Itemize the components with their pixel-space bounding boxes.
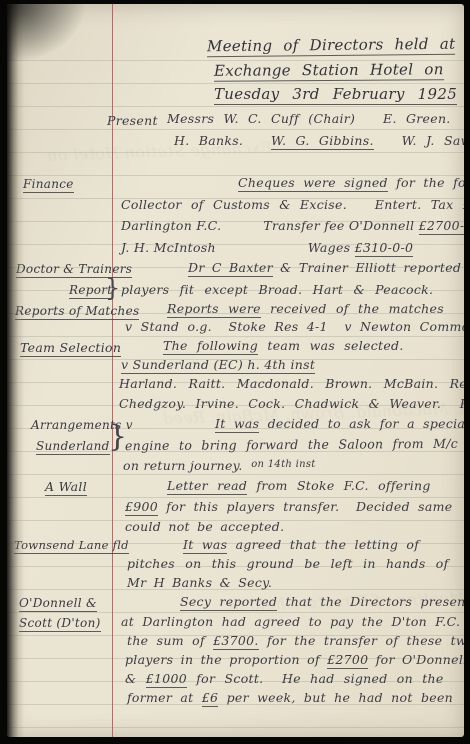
minute-text-small: on 14th inst [251, 459, 315, 470]
page-title: Meeting of Directors held at [207, 37, 456, 55]
minute-line: £900 for this players transfer. Decided … [125, 501, 453, 514]
margin-heading-odonnell-2: Scott (D'ton) [19, 616, 101, 632]
minute-line: Dr C Baxter & Trainer Elliott reported a… [188, 262, 464, 275]
minute-text: Transfer fee O'Donnell [263, 218, 418, 233]
minute-text: per week, but he had not been [218, 690, 453, 705]
minute-text: the sum of [127, 633, 213, 648]
minute-line: It was agreed that the letting of [183, 539, 419, 552]
minute-text: Wages [308, 240, 355, 255]
minute-line: Secy reported that the Directors present [180, 596, 464, 609]
minute-text: from Stoke F.C. offering [247, 478, 430, 493]
minute-text: Reports were [167, 301, 261, 318]
team-list-line: Chedgzoy. Irvine. Cock. Chadwick & Weave… [119, 398, 464, 411]
page-title: Tuesday 3rd February 1925 [214, 87, 457, 102]
present-names-2: H. Banks. W. G. Gibbins. W. J. Sawyer & … [174, 135, 464, 148]
minute-text: for O'Donnell [368, 652, 464, 667]
title-line-2: Exchange Station Hotel on [214, 60, 444, 82]
amount: £1000 [146, 671, 187, 688]
present-name: W. G. Gibbins. [271, 133, 374, 150]
title-line-1: Meeting of Directors held at [207, 35, 456, 58]
amount: £2700-0-0 [419, 218, 464, 235]
minute-line: J. H. McIntoshWages £310-0-0 [121, 242, 413, 255]
minute-text: It was [183, 537, 227, 554]
brace-mark: } [105, 276, 121, 300]
minute-line: v Sunderland (EC) h. 4th inst [121, 359, 315, 372]
minute-line: It was decided to ask for a special [215, 418, 464, 431]
minute-text: Secy reported [180, 594, 277, 611]
fixture: v Sunderland (EC) h. 4th inst [121, 357, 315, 374]
margin-heading-matches: Reports of Matches [15, 304, 139, 320]
photo-background: Exchange Station Hotel on Harland. Raitt… [0, 0, 470, 744]
minute-text: & [125, 671, 146, 686]
present-label: Present [107, 115, 158, 128]
page-title: Exchange Station Hotel on [214, 62, 444, 79]
minute-line: v Stand o.g. Stoke Res 4-1 v Newton Comm… [125, 321, 464, 334]
amount: £310-0-0 [355, 240, 414, 257]
amount: £900 [125, 499, 158, 516]
binding-edge [7, 4, 24, 737]
minute-text: for the following [388, 175, 464, 190]
margin-heading-townsend: Townsend Lane fld [14, 538, 129, 554]
minute-text: on return journey. [123, 458, 251, 473]
minute-line: Cheques were signed for the following [238, 177, 464, 190]
margin-heading-team: Team Selection [20, 340, 121, 357]
minute-text: for Scott. He had signed on the [187, 671, 444, 686]
minute-line: & £1000 for Scott. He had signed on the [125, 673, 444, 686]
minute-line: at Darlington had agreed to pay the D'to… [121, 616, 460, 629]
present-name: W. J. Sawyer & A. R. Wade [374, 133, 464, 148]
minute-text: agreed that the letting of [227, 537, 419, 552]
minute-line: Collector of Customs & Excise. Entert. T… [121, 199, 464, 212]
minute-line: engine to bring forward the Saloon from … [125, 438, 458, 453]
minute-line: players in the proportion of £2700 for O… [125, 654, 464, 667]
minute-line: Reports were received of the matches [167, 303, 444, 316]
ledger-page: Exchange Station Hotel on Harland. Raitt… [7, 4, 464, 737]
margin-heading-odonnell: O'Donnell & [19, 596, 97, 612]
minute-line: on return journey. on 14th inst [123, 460, 316, 473]
margin-heading-wall: A Wall [45, 479, 87, 496]
minute-text: Dr C Baxter [188, 260, 273, 277]
minute-line: could not be accepted. [125, 521, 284, 534]
minute-text: team was selected. [258, 338, 404, 353]
minute-text: for this players transfer. Decided same [158, 499, 452, 514]
minute-text: players in the proportion of [125, 652, 327, 667]
margin-heading-arrangements-2: Sunderland [36, 439, 110, 455]
minute-text: Cheques were signed [238, 175, 388, 192]
minute-text: & Trainer Elliott reported all [273, 260, 464, 275]
amount: £3700. [213, 633, 259, 650]
minute-line: former at £6 per week, but he had not be… [127, 692, 453, 705]
minute-line: The following team was selected. [163, 340, 404, 353]
minute-line: pitches on this ground be left in hands … [127, 558, 449, 571]
minute-text: Darlington F.C. [121, 218, 221, 233]
team-list-line: Harland. Raitt. Macdonald. Brown. McBain… [119, 378, 464, 391]
present-names-1: Messrs W. C. Cuff (Chair) E. Green. Dr. … [167, 113, 464, 126]
minute-line: Mr H Banks & Secy. [127, 577, 272, 590]
minute-text: that the Directors present [277, 594, 464, 609]
minute-text: for the transfer of these two [259, 633, 464, 648]
minute-text: former at [127, 690, 202, 705]
minute-text: J. H. McIntosh [121, 240, 216, 255]
amount: £6 [202, 690, 219, 707]
minute-line: Darlington F.C.Transfer fee O'Donnell £2… [121, 220, 464, 233]
minute-line: players fit except Broad. Hart & Peacock… [121, 284, 433, 297]
minute-line: the sum of £3700. for the transfer of th… [127, 635, 464, 648]
minute-text: The following [163, 338, 258, 355]
minute-text: It was [215, 416, 259, 433]
margin-heading-finance: Finance [23, 177, 74, 193]
title-line-3: Tuesday 3rd February 1925 [214, 85, 457, 105]
present-name: H. Banks. [174, 133, 271, 148]
amount: £2700 [327, 652, 368, 669]
minute-text: received of the matches [261, 301, 444, 316]
page-corner-shadow [7, 4, 87, 64]
minute-text: Letter read [167, 478, 247, 495]
minute-line: Letter read from Stoke F.C. offering [167, 480, 431, 493]
minute-text: decided to ask for a special [259, 416, 464, 431]
